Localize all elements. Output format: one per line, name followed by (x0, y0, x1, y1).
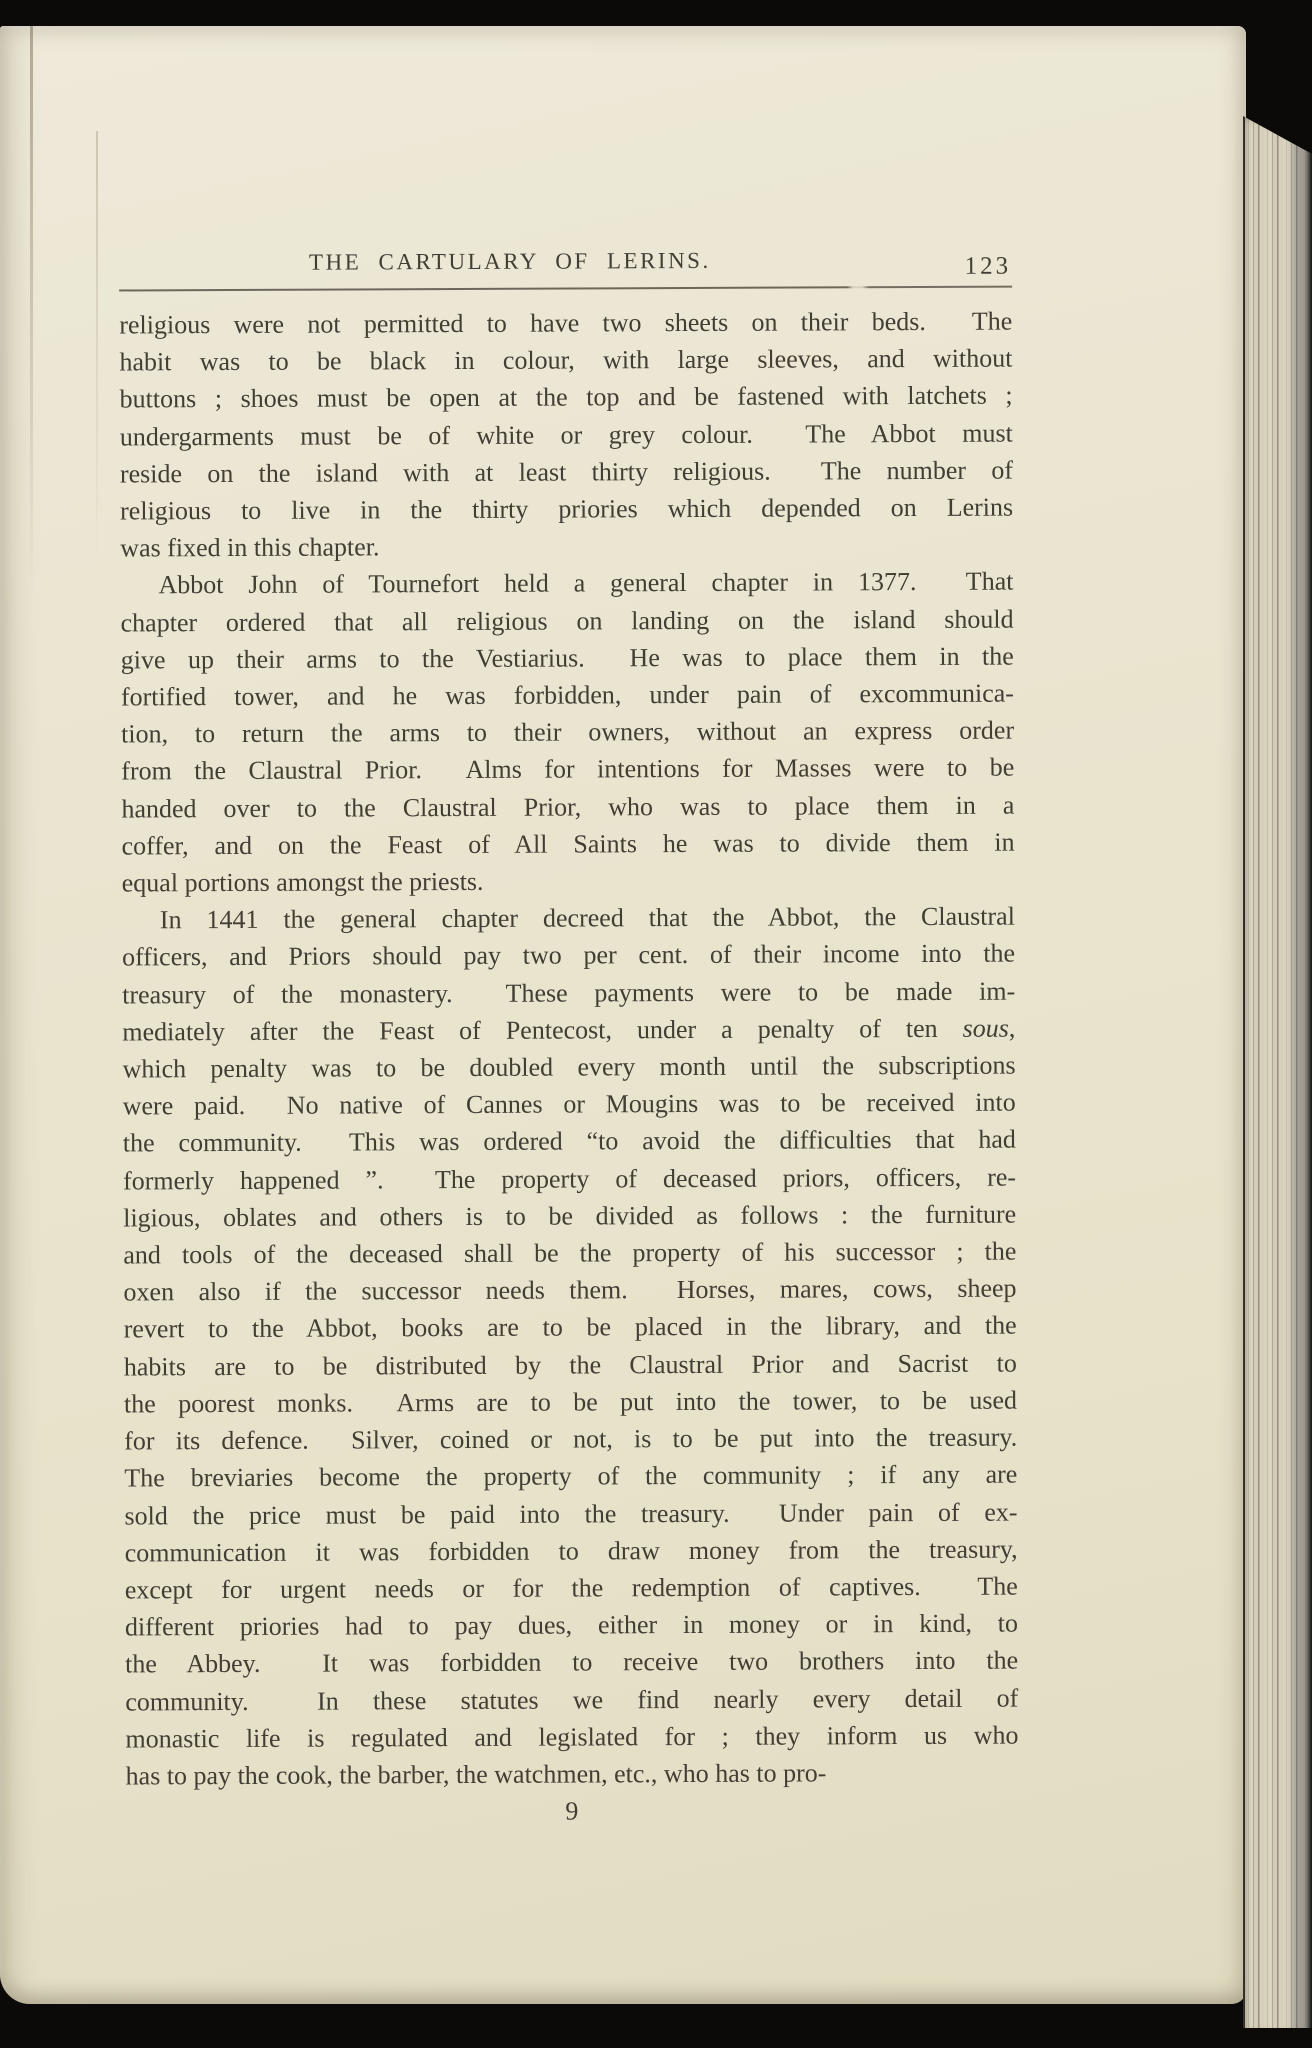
text-line: oxen also if the successor needs them. H… (123, 1270, 1016, 1311)
text-line: The breviaries become the property of th… (124, 1456, 1017, 1497)
text-line: habit was to be black in colour, with la… (119, 340, 1012, 381)
text-line: was fixed in this chapter. (120, 526, 1013, 567)
book-page: THE CARTULARY OF LERINS. 123 religious w… (0, 26, 1246, 2004)
text-line: fortified tower, and he was forbidden, u… (121, 675, 1014, 716)
page-content: THE CARTULARY OF LERINS. 123 religious w… (0, 26, 1246, 2004)
text-line: reside on the island with at least thirt… (120, 451, 1013, 492)
page-number: 123 (964, 253, 1011, 281)
text-line: formerly happened ”. The property of dec… (123, 1158, 1016, 1199)
text-line: has to pay the cook, the barber, the wat… (126, 1753, 1019, 1794)
header-title: THE CARTULARY OF LERINS. (309, 248, 711, 276)
text-line: ligious, oblates and others is to be div… (123, 1195, 1016, 1236)
text-line: sold the price must be paid into the tre… (124, 1493, 1017, 1534)
text-line: different priories had to pay dues, eith… (125, 1605, 1018, 1646)
text-line: except for urgent needs or for the redem… (125, 1567, 1018, 1608)
text-line: mediately after the Feast of Pentecost, … (122, 1009, 1015, 1050)
text-line: tion, to return the arms to their owners… (121, 712, 1014, 753)
text-line: chapter ordered that all religious on la… (121, 600, 1014, 641)
body-text: religious were not permitted to have two… (119, 303, 1018, 1795)
text-line: buttons ; shoes must be open at the top … (120, 377, 1013, 418)
text-line: coffer, and on the Feast of All Saints h… (121, 823, 1014, 864)
text-line: the Abbey. It was forbidden to receive t… (125, 1642, 1018, 1683)
text-line: from the Claustral Prior. Alms for inten… (121, 749, 1014, 790)
text-line: habits are to be distributed by the Clau… (124, 1344, 1017, 1385)
text-line: for its defence. Silver, coined or not, … (124, 1419, 1017, 1460)
text-line: equal portions amongst the priests. (122, 861, 1015, 902)
text-line: In 1441 the general chapter decreed that… (122, 898, 1015, 939)
text-line: treasury of the monastery. These payment… (122, 972, 1015, 1013)
text-line: Abbot John of Tournefort held a general … (120, 563, 1013, 604)
text-line: monastic life is regulated and legislate… (125, 1716, 1018, 1757)
signature-mark: 9 (126, 1795, 1019, 1829)
text-line: were paid. No native of Cannes or Mougin… (123, 1084, 1016, 1125)
text-line: give up their arms to the Vestiarius. He… (121, 637, 1014, 678)
book-fore-edge (1243, 112, 1312, 2028)
text-line: the community. This was ordered “to avoi… (123, 1121, 1016, 1162)
text-line: handed over to the Claustral Prior, who … (121, 786, 1014, 827)
text-line: undergarments must be of white or grey c… (120, 414, 1013, 455)
text-line: community. In these statutes we find nea… (125, 1679, 1018, 1720)
text-line: officers, and Priors should pay two per … (122, 935, 1015, 976)
text-line: and tools of the deceased shall be the p… (123, 1233, 1016, 1274)
text-line: revert to the Abbot, books are to be pla… (124, 1307, 1017, 1348)
text-line: religious were not permitted to have two… (119, 303, 1012, 344)
text-line: religious to live in the thirty priories… (120, 489, 1013, 530)
text-line: the poorest monks. Arms are to be put in… (124, 1381, 1017, 1422)
text-line: which penalty was to be doubled every mo… (122, 1047, 1015, 1088)
text-line: communication it was forbidden to draw m… (125, 1530, 1018, 1571)
